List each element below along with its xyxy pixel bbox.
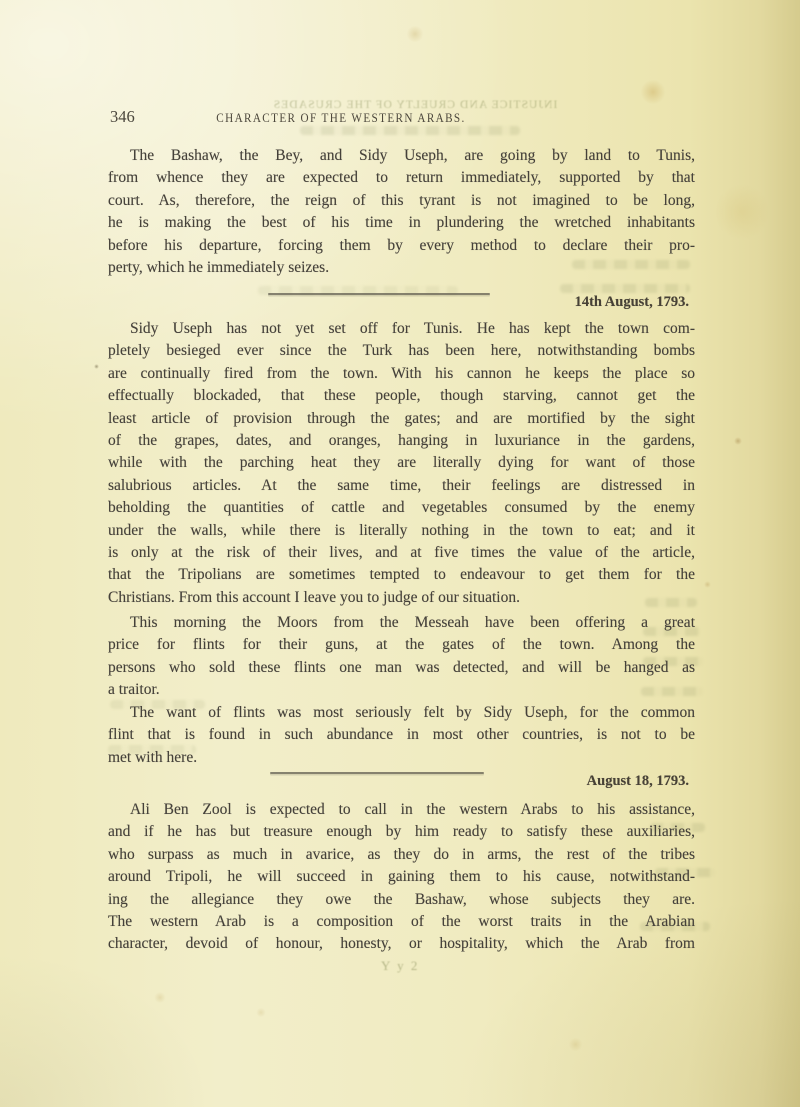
paragraph: The Bashaw, the Bey, and Sidy Useph, are… [108,145,695,279]
text-line: and if he has but treasure enough by him… [108,821,695,843]
text-line: who surpass as much in avarice, as they … [108,844,695,866]
text-line: effectually blockaded, that these people… [108,385,695,407]
paragraph: This morning the Moors from the Messeah … [108,612,695,702]
stain-spot [704,581,711,588]
text-line: while with the parching heat they are li… [108,452,695,474]
text-line: before his departure, forcing them by ev… [108,235,695,257]
text-line: perty, which he immediately seizes. [108,257,695,279]
stain-spot [154,992,166,1003]
text-line: is only at the risk of their lives, and … [108,542,695,564]
text-line: are continually fired from the town. Wit… [108,363,695,385]
running-head: CHARACTER OF THE WESTERN ARABS. [83,110,599,126]
text-line: persons who sold these flints one man wa… [108,657,695,679]
text-line: that the Tripolians are sometimes tempte… [108,564,695,586]
text-line: beholding the quantities of cattle and v… [108,497,695,519]
book-page: INJUSTICE AND CRUELTY OF THE CRUSADES 34… [0,0,800,1107]
text-line: met with here. [108,747,695,769]
signature-mark: Y y 2 [381,958,419,974]
date-label: 14th August, 1793. [108,294,695,311]
text-line: The want of flints was most seriously fe… [108,702,695,724]
text-line: Christians. From this account I leave yo… [108,587,695,609]
text-line: ing the allegiance they owe the Bashaw, … [108,889,695,911]
text-line: salubrious articles. At the same time, t… [108,475,695,497]
text-line: The Bashaw, the Bey, and Sidy Useph, are… [108,145,695,167]
paragraph: Ali Ben Zool is expected to call in the … [108,799,695,956]
paragraph: The want of flints was most seriously fe… [108,702,695,769]
text-line: character, devoid of honour, honesty, or… [108,933,695,955]
ghost-text-strip [300,126,520,135]
text-line: flint that is found in such abundance in… [108,724,695,746]
stain-spot [568,1038,583,1051]
text-line: least article of provision through the g… [108,408,695,430]
text-line: a traitor. [108,679,695,701]
text-line: This morning the Moors from the Messeah … [108,612,695,634]
text-line: Ali Ben Zool is expected to call in the … [108,799,695,821]
text-line: price for flints for their guns, at the … [108,634,695,656]
text-line: under the walls, while there is literall… [108,520,695,542]
text-line: Sidy Useph has not yet set off for Tunis… [108,318,695,340]
text-line: The western Arab is a composition of the… [108,911,695,933]
stain-spot [406,26,424,42]
text-line: of the grapes, dates, and oranges, hangi… [108,430,695,452]
ghost-text-strip [560,284,690,293]
text-line: he is making the best of his time in plu… [108,212,695,234]
date-label: August 18, 1793. [108,773,695,790]
stain-spot [256,1008,266,1017]
stain-spot [716,182,768,242]
text-line: from whence they are expected to return … [108,167,695,189]
stain-spot [640,80,666,104]
text-line: pletely besieged ever since the Turk has… [108,340,695,362]
paragraph: Sidy Useph has not yet set off for Tunis… [108,318,695,609]
text-line: around Tripoli, he will succeed in gaini… [108,866,695,888]
stain-spot [94,364,99,369]
stain-spot [734,437,742,445]
text-line: court. As, therefore, the reign of this … [108,190,695,212]
